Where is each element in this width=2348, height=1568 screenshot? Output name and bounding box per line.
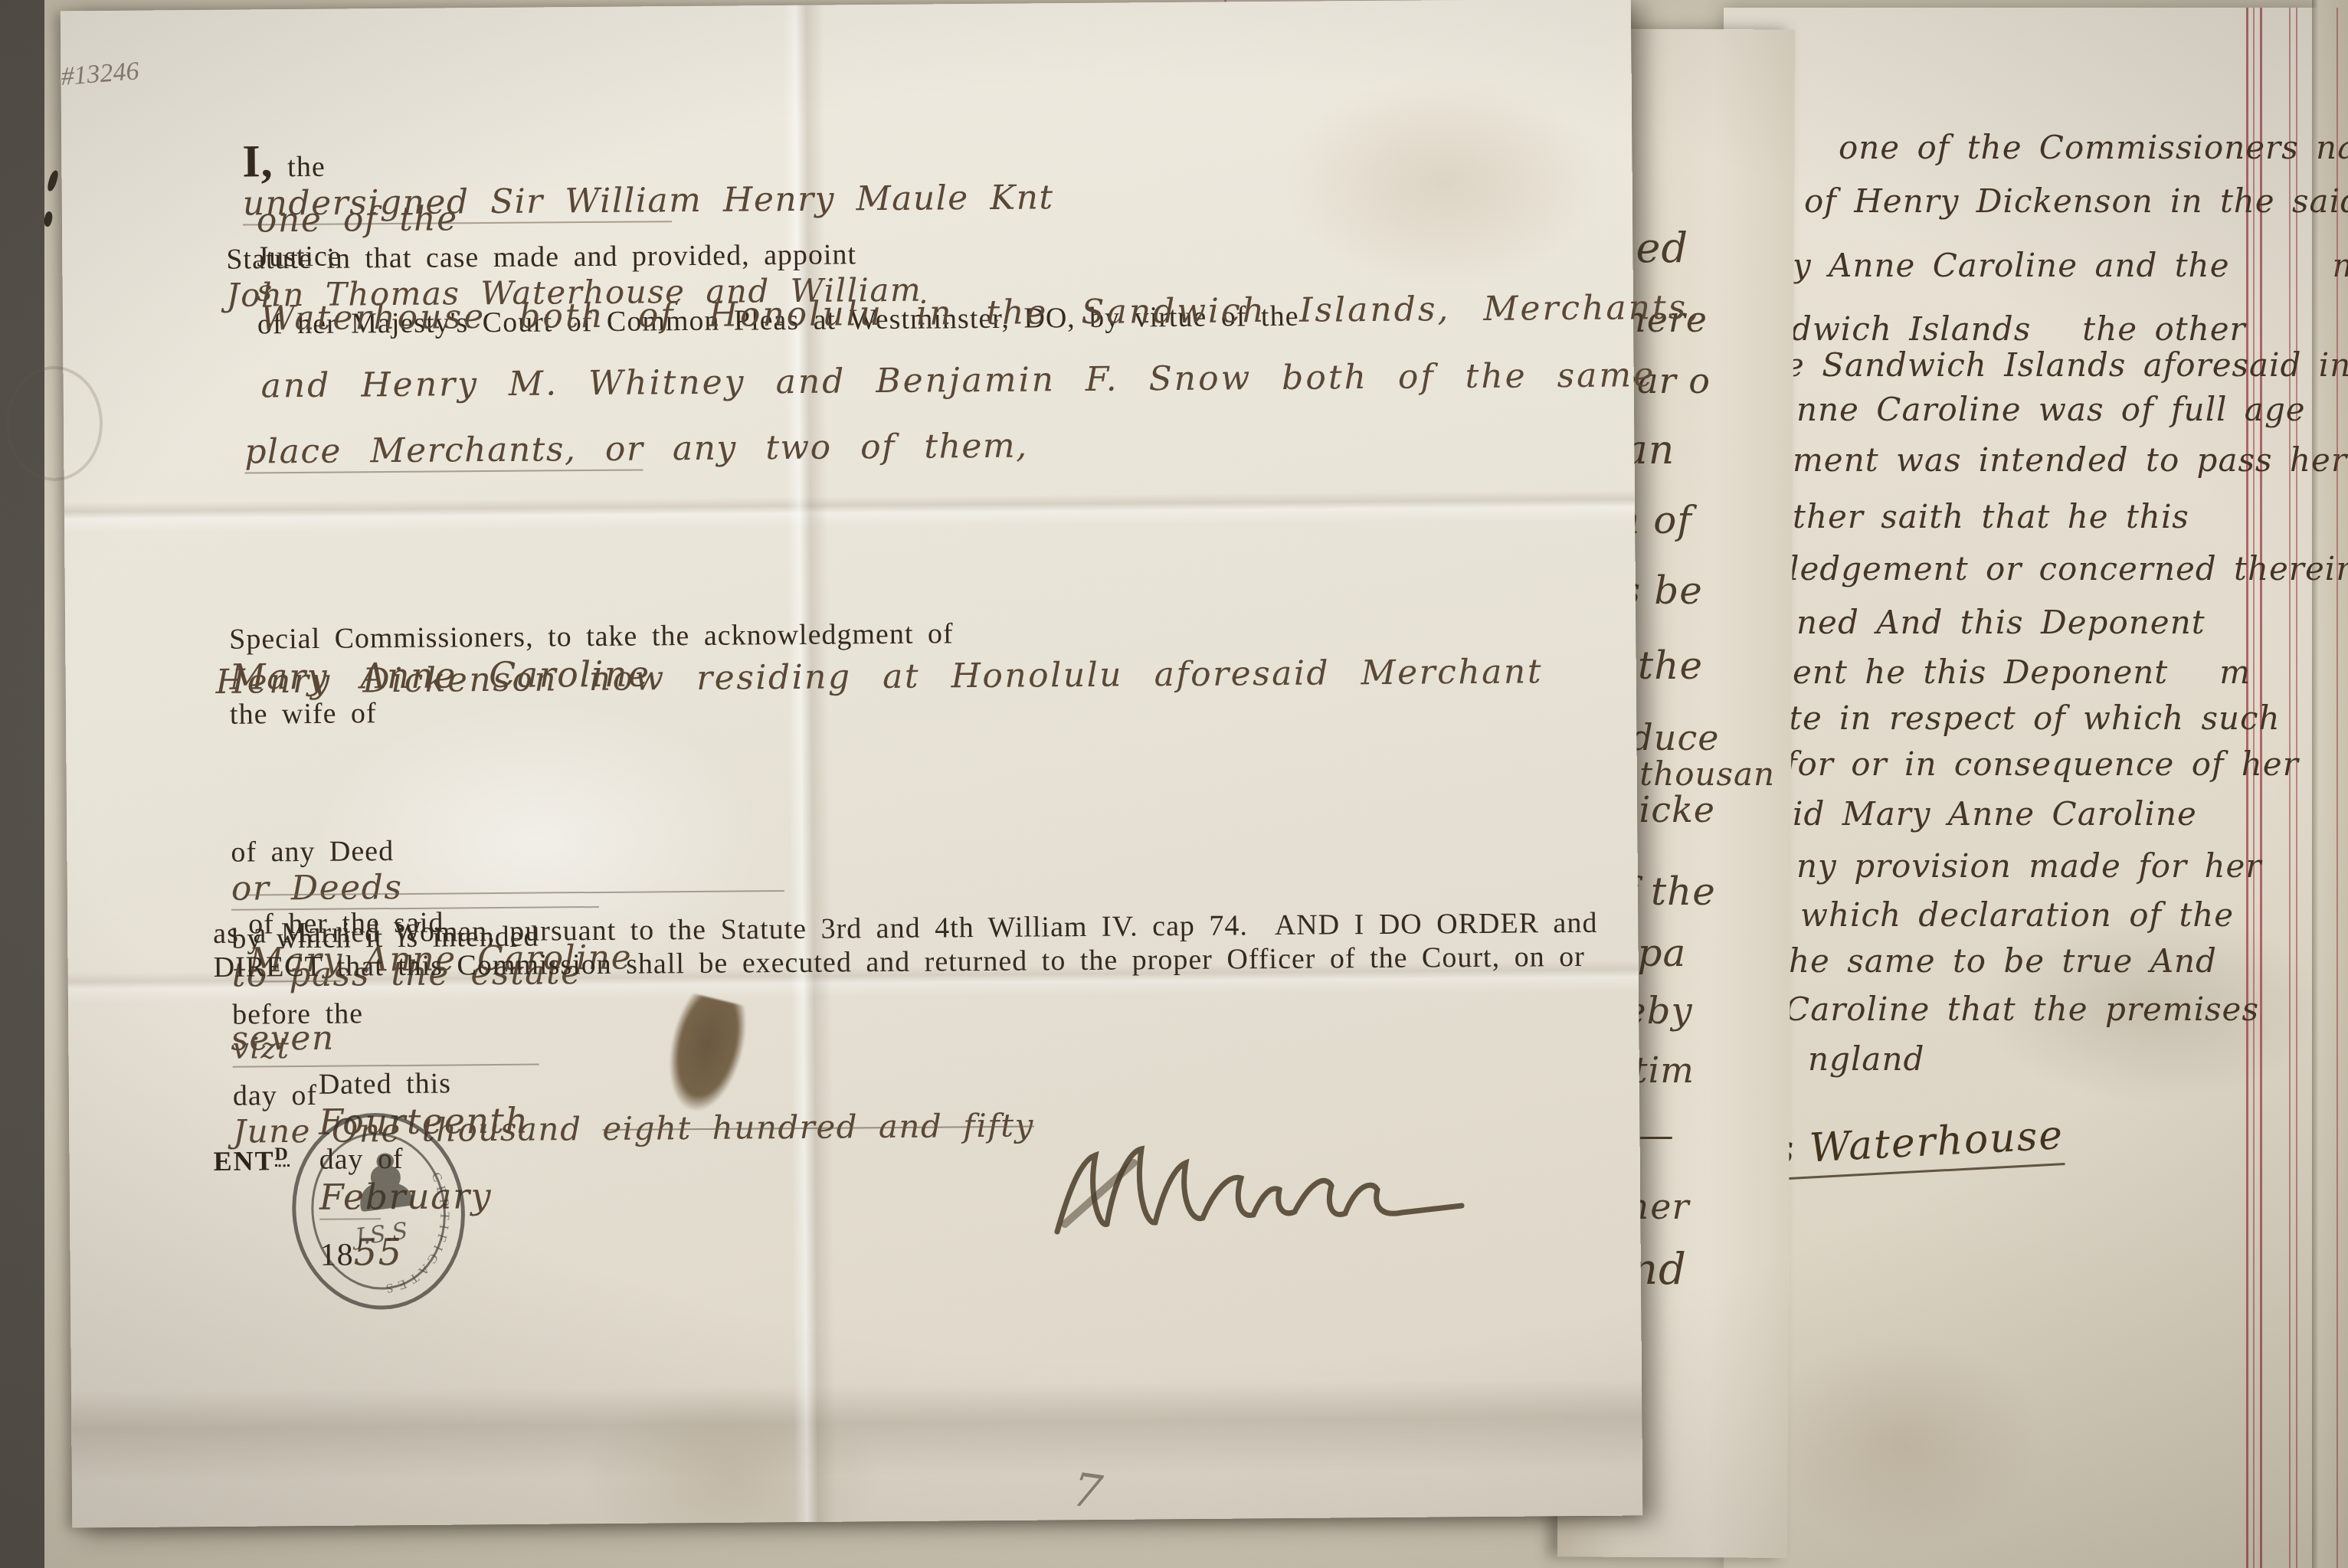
right-page-line: y Anne Caroline and the m [1793,247,2348,284]
right-page-line: Caroline that the premises [1785,990,2259,1028]
red-margin-line [2246,8,2248,1568]
right-page [1724,8,2317,1568]
printed-initial: I, [242,136,273,186]
far-right-page-edge [2312,0,2348,1568]
entered-text: ENT [213,1145,274,1177]
right-page-line: ther saith that he this [1793,498,2189,535]
right-page-line: ment was intended to pass her [1793,441,2347,479]
right-page-line: ent he this Deponent m [1793,653,2251,691]
embossed-seal-outline [6,366,103,481]
right-page-line: ny provision made for her [1796,847,2261,885]
entered-mark: ENTD [162,1112,290,1210]
printed-text: Special Commissioners, to take the ackno… [229,617,954,655]
maule-signature [1042,1132,1471,1262]
printed-text: of any Deed [231,835,394,869]
right-page-line: which declaration of the [1800,896,2234,934]
handwritten-line-whitney-snow: and Henry M. Whitney and Benjamin F. Sno… [260,355,1655,405]
right-page-line: one of the Commissioners named [1839,129,2348,166]
handwritten-line-place: place Merchants, or any two of them, [226,413,1028,499]
right-page-line: te in respect of which such [1789,699,2281,737]
stamp-crest-lion [354,1151,414,1213]
printed-text: the [287,151,326,183]
right-page-line: ngland [1808,1040,1924,1078]
red-margin-line [2289,8,2291,1568]
printed-text: Statute in that case made and provided, … [226,238,856,275]
red-margin-line [2260,8,2262,1568]
right-page-line: dwich Islands the other [1791,310,2246,348]
main-page: #13246 I, the undersigned Sir William He… [61,0,1642,1527]
printed-text: the wife of [230,697,377,731]
right-page-line: for or in consequence of her [1785,745,2299,783]
handwritten-seven: seven [231,1019,335,1059]
ref-number: #13246 [60,57,140,92]
stamp-monogram: J.S.S [349,1218,410,1252]
right-page-line: id Mary Anne Caroline [1793,795,2197,833]
right-page-line: ledgement or concerned therein [1789,550,2348,588]
right-page-line: nne Caroline was of full age [1796,391,2306,428]
red-margin-line [2337,8,2338,1568]
right-page-line: e Sandwich Islands aforesaid in [1785,346,2348,384]
printed-text [273,151,288,183]
printed-text: Dated this [319,1068,451,1101]
oval-stamp: CERTIFICATES J.S.S [277,1099,480,1323]
handwritten-return-date-struck: eight hundred and fifty [602,1107,1034,1147]
right-page-line: of Henry Dickenson in the said [1804,182,2348,220]
right-page-line: ned And this Deponent [1796,604,2206,641]
red-margin-line [2296,8,2297,1568]
red-margin-line [2253,8,2255,1568]
handwritten-text: place Merchants, or any two of them, [244,427,1028,472]
right-page-line: he same to be true And [1789,942,2217,980]
ruled-blank [248,890,784,895]
document-photo: one of the Commissioners namedof Henry D… [0,0,2348,1568]
